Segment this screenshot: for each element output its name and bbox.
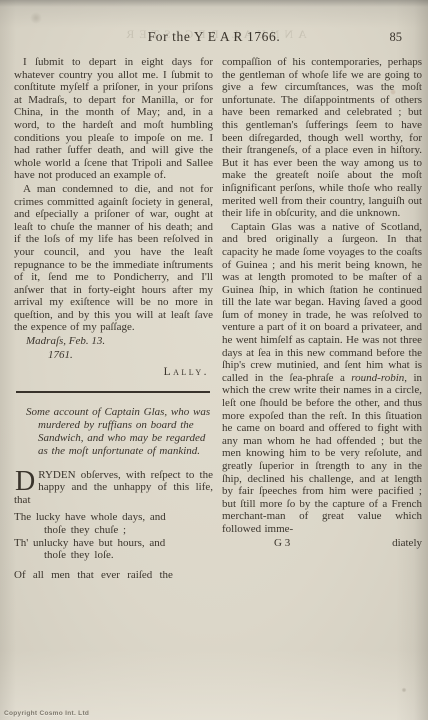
round-robin-term: round-robin [351,372,404,384]
dateline-place: Madraſs, Feb. 13. [26,335,213,348]
dropcap-d: D [14,469,38,493]
paragraph-dryden: DRYDEN obſerves, with reſpect to the hap… [14,469,213,507]
catchword: diately [392,537,422,550]
section-heading-captain-glas: Some account of Captain Glas, who was mu… [14,406,213,459]
paragraph-of-all-men: Of all men that ever raiſed the [14,569,213,582]
verse-quote: The lucky have whole days, and thoſe the… [14,511,213,561]
right-column: compaſſion of his contemporaries, perhap… [222,56,422,582]
seller-watermark: Copyright Cosmo Int. Ltd [4,710,89,717]
verse-line: Th' unlucky have but hours, and [14,537,213,550]
signature-lally: Lally. [14,366,209,379]
dateline-year: 1761. [48,349,213,362]
glas-text-before: Captain Glas was a native of Scotland, a… [222,221,422,384]
section-divider-rule [16,391,210,393]
paragraph-condemned: A man condemned to die, and not for crim… [14,183,213,334]
verse-line: The lucky have whole days, and [14,511,213,524]
dryden-text: RYDEN obſerves, with reſpect to the happ… [14,469,213,506]
running-title: For the Y E A R 1766. [148,29,281,45]
paragraph-compassion: compaſſion of his contemporaries, perhap… [222,56,422,220]
verse-line: thoſe they loſe. [14,549,213,562]
signature-mark: G 3 [274,537,290,550]
column-footer: G 3 diately [222,537,422,550]
left-column: I ſubmit to depart in eight days for wha… [14,56,213,582]
glas-text-after: , in which the crew write their names in… [222,372,422,535]
paragraph-submit: I ſubmit to depart in eight days for wha… [14,56,213,182]
verse-line: thoſe they chuſe ; [14,524,213,537]
paragraph-captain-glas: Captain Glas was a native of Scotland, a… [222,221,422,536]
text-columns: I ſubmit to depart in eight days for wha… [14,56,422,582]
book-page: ANNUAL REGISTER For the Y E A R 1766. 85… [0,0,428,720]
page-number: 85 [390,30,403,45]
